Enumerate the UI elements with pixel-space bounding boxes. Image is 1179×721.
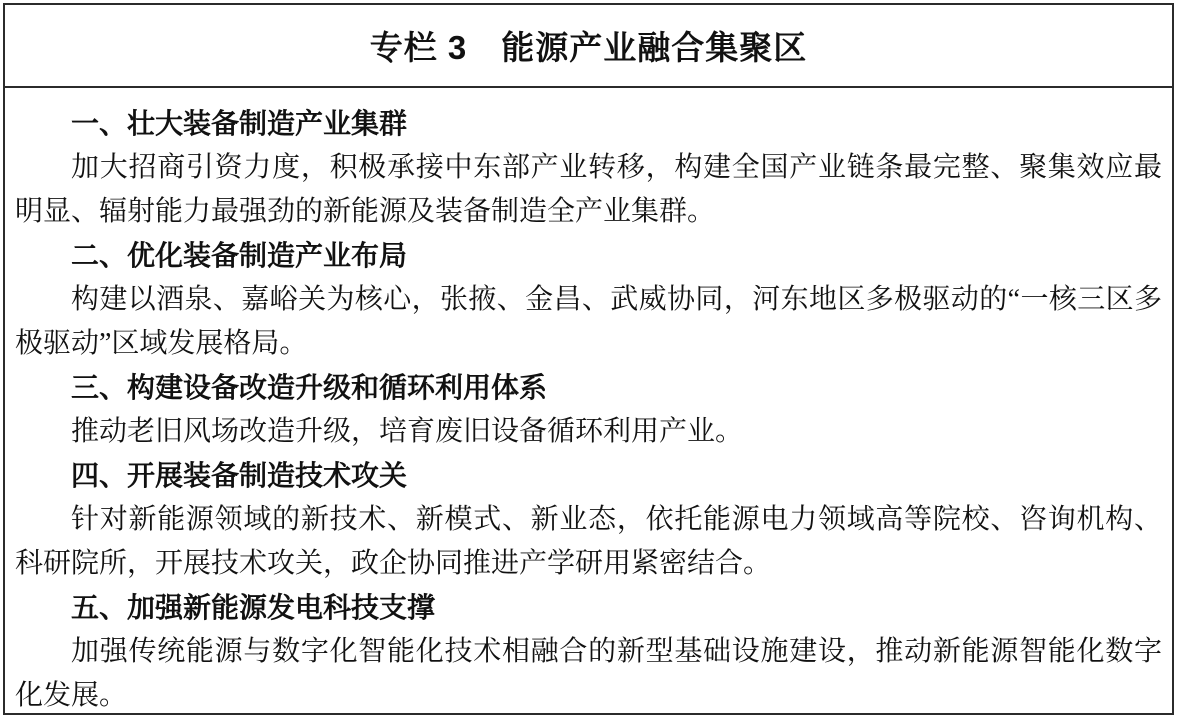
section: 五、加强新能源发电科技支撑 加强传统能源与数字化智能化技术相融合的新型基础设施建…	[15, 586, 1162, 715]
section: 三、构建设备改造升级和循环利用体系 推动老旧风场改造升级，培育废旧设备循环利用产…	[15, 366, 1162, 454]
section-heading: 二、优化装备制造产业布局	[15, 234, 1162, 278]
section-heading: 三、构建设备改造升级和循环利用体系	[15, 366, 1162, 410]
section: 四、开展装备制造技术攻关 针对新能源领域的新技术、新模式、新业态，依托能源电力领…	[15, 454, 1162, 586]
section-body: 加大招商引资力度，积极承接中东部产业转移，构建全国产业链条最完整、聚集效应最明显…	[15, 146, 1162, 234]
section-body: 推动老旧风场改造升级，培育废旧设备循环利用产业。	[15, 410, 1162, 454]
section-body: 加强传统能源与数字化智能化技术相融合的新型基础设施建设，推动新能源智能化数字化发…	[15, 630, 1162, 715]
section-heading: 五、加强新能源发电科技支撑	[15, 586, 1162, 630]
section-body: 针对新能源领域的新技术、新模式、新业态，依托能源电力领域高等院校、咨询机构、科研…	[15, 498, 1162, 586]
section-heading: 四、开展装备制造技术攻关	[15, 454, 1162, 498]
column-panel: 专栏 3 能源产业融合集聚区 一、壮大装备制造产业集群 加大招商引资力度，积极承…	[3, 3, 1174, 715]
section: 一、壮大装备制造产业集群 加大招商引资力度，积极承接中东部产业转移，构建全国产业…	[15, 102, 1162, 234]
panel-title-bar: 专栏 3 能源产业融合集聚区	[5, 5, 1172, 88]
panel-content: 一、壮大装备制造产业集群 加大招商引资力度，积极承接中东部产业转移，构建全国产业…	[5, 88, 1172, 715]
section: 二、优化装备制造产业布局 构建以酒泉、嘉峪关为核心，张掖、金昌、武威协同，河东地…	[15, 234, 1162, 366]
section-body: 构建以酒泉、嘉峪关为核心，张掖、金昌、武威协同，河东地区多极驱动的“一核三区多极…	[15, 278, 1162, 366]
section-heading: 一、壮大装备制造产业集群	[15, 102, 1162, 146]
panel-title: 专栏 3 能源产业融合集聚区	[370, 22, 808, 69]
